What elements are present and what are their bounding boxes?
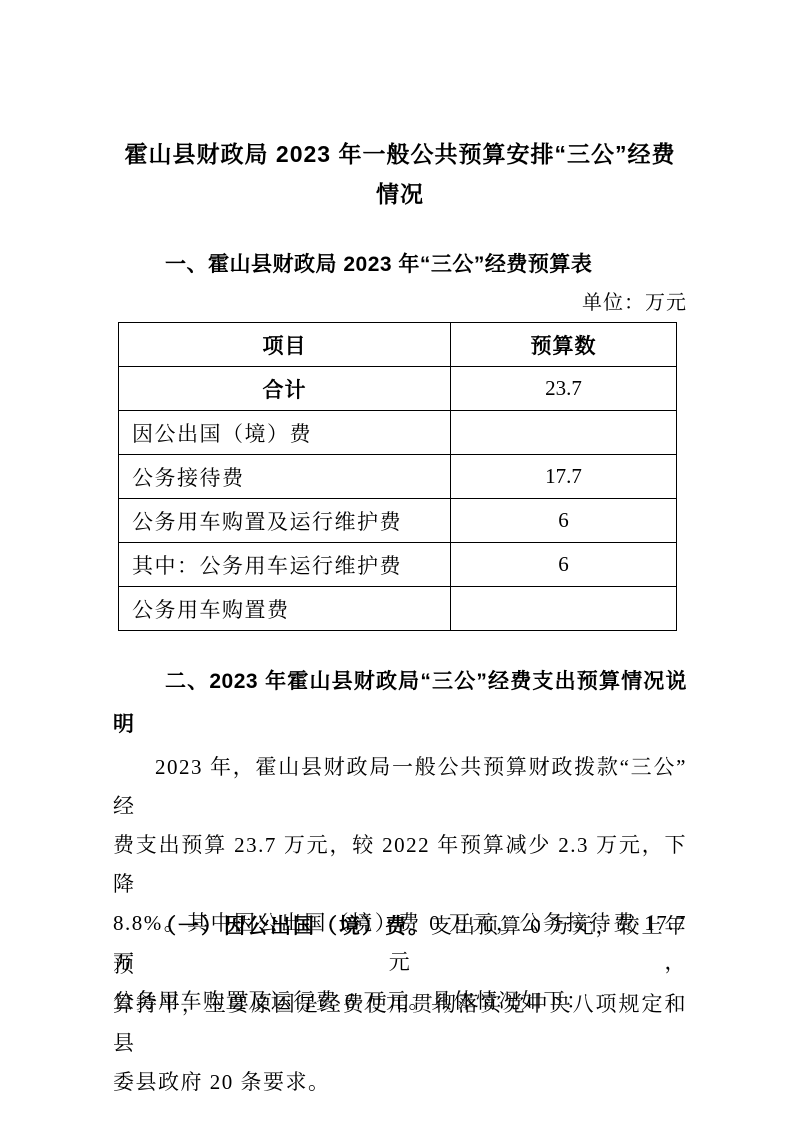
paragraph-line: 委县政府 20 条要求。 bbox=[113, 1063, 687, 1102]
table-cell-item: 公务接待费 bbox=[119, 455, 451, 499]
table-row-reception: 公务接待费 17.7 bbox=[119, 455, 677, 499]
paragraph-line: 2023 年，霍山县财政局一般公共预算财政拨款“三公”经 bbox=[113, 748, 687, 826]
table-cell-value: 6 bbox=[451, 499, 677, 543]
table-cell-item: 其中：公务用车运行维护费 bbox=[119, 543, 451, 587]
table-cell-value: 23.7 bbox=[451, 367, 677, 411]
table-cell-item: 因公出国（境）费 bbox=[119, 411, 451, 455]
section2-heading-line-2: 明 bbox=[113, 703, 687, 746]
table-cell-value: 17.7 bbox=[451, 455, 677, 499]
document-title: 霍山县财政局 2023 年一般公共预算安排“三公”经费 情况 bbox=[113, 134, 687, 214]
document-title-line-1: 霍山县财政局 2023 年一般公共预算安排“三公”经费 bbox=[113, 134, 687, 174]
table-header-item: 项目 bbox=[119, 323, 451, 367]
section1-heading: 一、霍山县财政局 2023 年“三公”经费预算表 bbox=[113, 250, 687, 280]
paragraph-line: 算持平，主要原因是经费使用贯彻落实党中央八项规定和县 bbox=[113, 985, 687, 1063]
table-cell-item: 公务用车购置费 bbox=[119, 587, 451, 631]
table-row-total: 合计 23.7 bbox=[119, 367, 677, 411]
document-title-line-2: 情况 bbox=[113, 174, 687, 214]
paragraph-line: （一）因公出国（境）费。支出预算 0 万元，较上年预 bbox=[113, 907, 687, 985]
budget-table: 项目 预算数 合计 23.7 因公出国（境）费 公务接待费 17.7 公务用车购… bbox=[118, 322, 677, 631]
table-header-value: 预算数 bbox=[451, 323, 677, 367]
paragraph-abroad-expense: （一）因公出国（境）费。支出预算 0 万元，较上年预 算持平，主要原因是经费使用… bbox=[113, 907, 687, 1102]
unit-label: 单位：万元 bbox=[113, 289, 687, 317]
table-cell-value bbox=[451, 411, 677, 455]
section2-heading: 二、2023 年霍山县财政局“三公”经费支出预算情况说 明 bbox=[113, 660, 687, 746]
table-cell-item: 合计 bbox=[119, 367, 451, 411]
table-row-abroad: 因公出国（境）费 bbox=[119, 411, 677, 455]
paragraph-line: 费支出预算 23.7 万元，较 2022 年预算减少 2.3 万元，下降 bbox=[113, 826, 687, 904]
paragraph-bold-lead: （一）因公出国（境）费。 bbox=[155, 914, 431, 938]
table-cell-value bbox=[451, 587, 677, 631]
table-cell-item: 公务用车购置及运行维护费 bbox=[119, 499, 451, 543]
table-row-vehicle-purchase: 公务用车购置费 bbox=[119, 587, 677, 631]
table-header-row: 项目 预算数 bbox=[119, 323, 677, 367]
table-row-vehicle-total: 公务用车购置及运行维护费 6 bbox=[119, 499, 677, 543]
table-row-vehicle-operation: 其中：公务用车运行维护费 6 bbox=[119, 543, 677, 587]
document-page: 霍山县财政局 2023 年一般公共预算安排“三公”经费 情况 一、霍山县财政局 … bbox=[0, 0, 793, 1122]
section2-heading-line-1: 二、2023 年霍山县财政局“三公”经费支出预算情况说 bbox=[113, 660, 687, 703]
table-cell-value: 6 bbox=[451, 543, 677, 587]
